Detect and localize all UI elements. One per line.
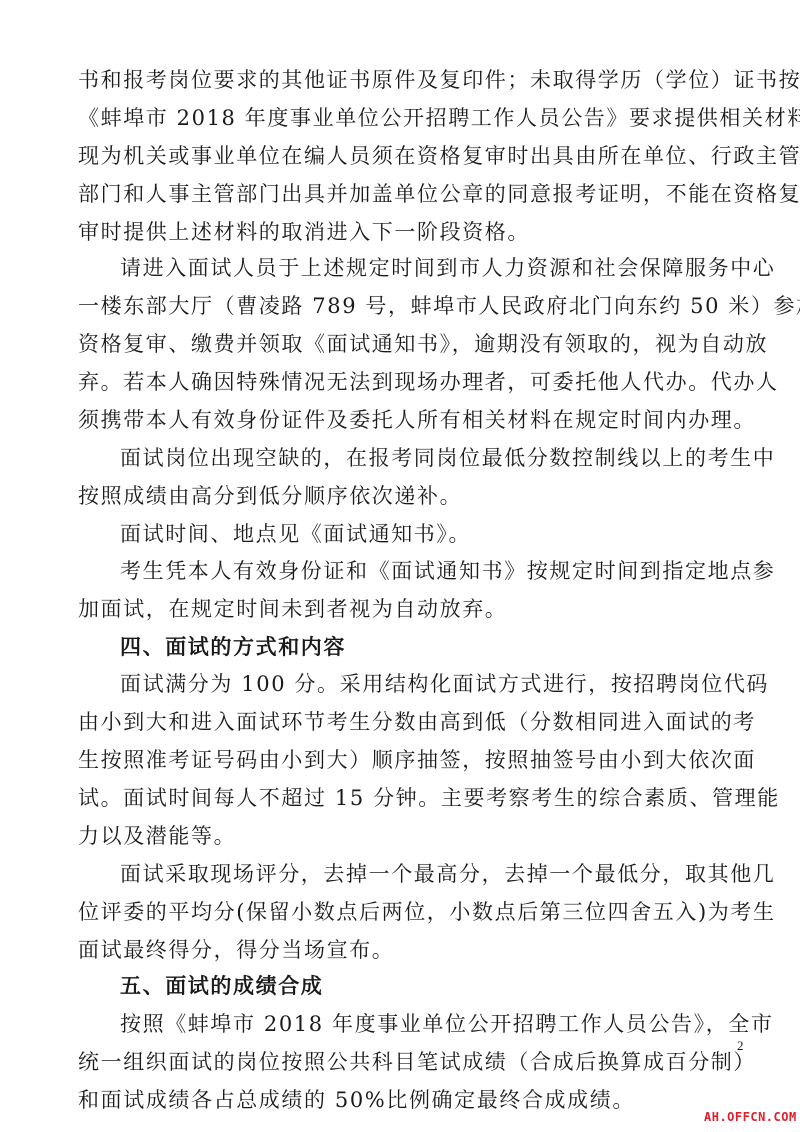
paragraph-line: 面试采取现场评分，去掉一个最高分，去掉一个最低分，取其他几: [120, 860, 786, 888]
watermark: AH.OFFCN.COM: [704, 1110, 797, 1124]
paragraph-line: 考生凭本人有效身份证和《面试通知书》按规定时间到指定地点参: [120, 557, 786, 585]
paragraph-line: 面试最终得分，得分当场宣布。: [78, 936, 744, 964]
paragraph-line: 现为机关或事业单位在编人员须在资格复审时出具由所在单位、行政主管: [78, 142, 744, 170]
paragraph-line: 生按照准考证号码由小到大）顺序抽签，按照抽签号由小到大依次面: [78, 746, 744, 774]
section-heading: 五、面试的成绩合成: [120, 972, 786, 1000]
paragraph-line: 面试时间、地点见《面试通知书》。: [120, 520, 786, 548]
document-page: 书和报考岗位要求的其他证书原件及复印件；未取得学历（学位）证书按《蚌埠市 201…: [0, 0, 800, 1132]
paragraph-line: 资格复审、缴费并领取《面试通知书》，逾期没有领取的，视为自动放: [78, 330, 744, 358]
page-number: 2: [737, 1038, 744, 1054]
paragraph-line: 按照《蚌埠市 2018 年度事业单位公开招聘工作人员公告》，全市: [120, 1010, 786, 1038]
paragraph-line: 一楼东部大厅（曹凌路 789 号，蚌埠市人民政府北门向东约 50 米）参加: [78, 292, 744, 320]
paragraph-line: 试。面试时间每人不超过 15 分钟。主要考察考生的综合素质、管理能: [78, 784, 744, 812]
paragraph-line: 弃。若本人确因特殊情况无法到现场办理者，可委托他人代办。代办人: [78, 368, 744, 396]
paragraph-line: 书和报考岗位要求的其他证书原件及复印件；未取得学历（学位）证书按: [78, 66, 744, 94]
paragraph-line: 审时提供上述材料的取消进入下一阶段资格。: [78, 218, 744, 246]
paragraph-line: 按照成绩由高分到低分顺序依次递补。: [78, 482, 744, 510]
paragraph-line: 力以及潜能等。: [78, 822, 744, 850]
paragraph-line: 由小到大和进入面试环节考生分数由高到低（分数相同进入面试的考: [78, 708, 744, 736]
section-heading: 四、面试的方式和内容: [120, 633, 786, 661]
paragraph-line: 统一组织面试的岗位按照公共科目笔试成绩（合成后换算成百分制）: [78, 1048, 744, 1076]
paragraph-line: 《蚌埠市 2018 年度事业单位公开招聘工作人员公告》要求提供相关材料；: [78, 104, 744, 132]
paragraph-line: 和面试成绩各占总成绩的 50%比例确定最终合成成绩。: [78, 1086, 744, 1114]
paragraph-line: 面试满分为 100 分。采用结构化面试方式进行，按招聘岗位代码: [120, 670, 786, 698]
paragraph-line: 须携带本人有效身份证件及委托人所有相关材料在规定时间内办理。: [78, 406, 744, 434]
paragraph-line: 位评委的平均分(保留小数点后两位，小数点后第三位四舍五入)为考生: [78, 898, 744, 926]
paragraph-line: 加面试，在规定时间未到者视为自动放弃。: [78, 595, 744, 623]
paragraph-line: 请进入面试人员于上述规定时间到市人力资源和社会保障服务中心: [120, 254, 786, 282]
paragraph-line: 面试岗位出现空缺的，在报考同岗位最低分数控制线以上的考生中: [120, 444, 786, 472]
paragraph-line: 部门和人事主管部门出具并加盖单位公章的同意报考证明，不能在资格复: [78, 180, 744, 208]
